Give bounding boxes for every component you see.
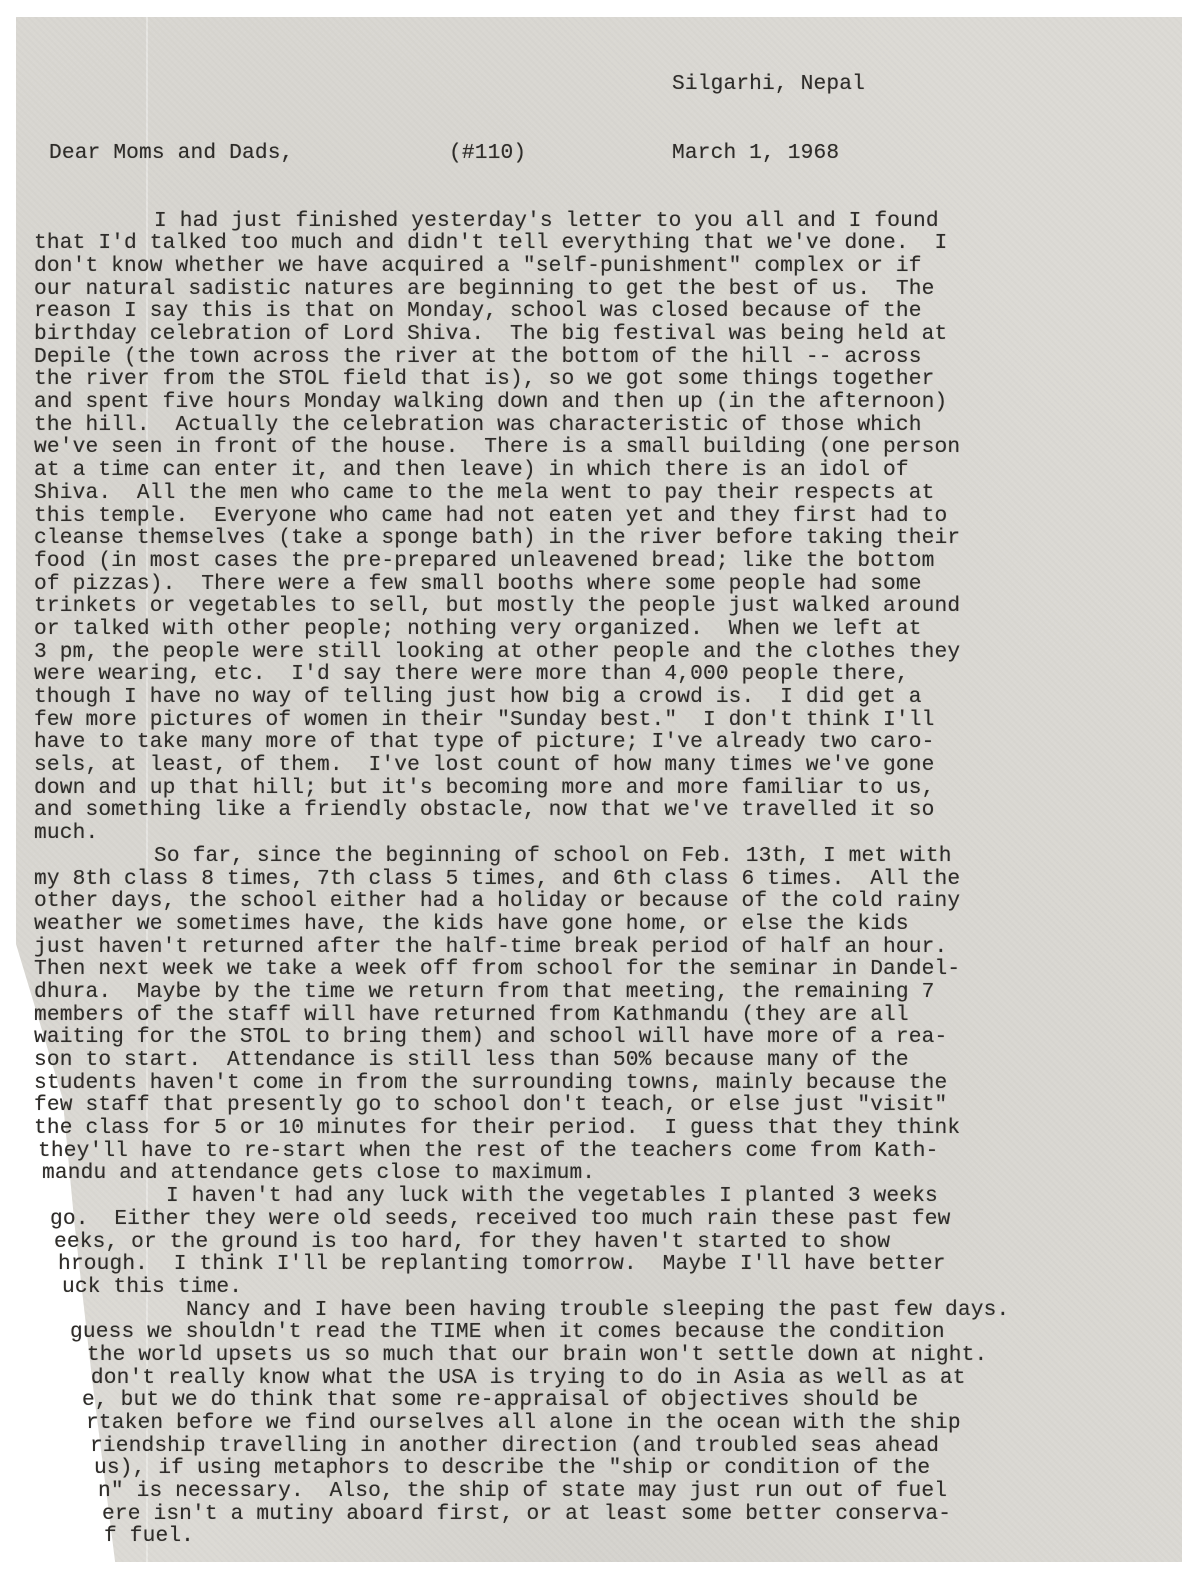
letter-location: Silgarhi, Nepal xyxy=(34,73,1009,96)
letter-line: Shiva. All the men who came to the mela … xyxy=(34,482,1009,505)
letter-header-row: Dear Moms and Dads,(#110)March 1, 1968 xyxy=(34,142,1009,165)
letter-line: they'll have to re-start when the rest o… xyxy=(34,1140,1009,1163)
letter-line: few staff that presently go to school do… xyxy=(34,1094,1009,1117)
letter-line: weather we sometimes have, the kids have… xyxy=(34,913,1009,936)
letter-body: Silgarhi, Nepal Dear Moms and Dads,(#110… xyxy=(34,28,1009,1571)
letter-line: I haven't had any luck with the vegetabl… xyxy=(34,1185,1009,1208)
letter-line: our natural sadistic natures are beginni… xyxy=(34,278,1009,301)
letter-line: my 8th class 8 times, 7th class 5 times,… xyxy=(34,868,1009,891)
letter-line: go. Either they were old seeds, received… xyxy=(34,1208,1009,1231)
letter-line: the river from the STOL field that is), … xyxy=(34,368,1009,391)
letter-line: riendship travelling in another directio… xyxy=(34,1435,1009,1458)
letter-line: hrough. I think I'll be replanting tomor… xyxy=(34,1253,1009,1276)
letter-line: the world upsets us so much that our bra… xyxy=(34,1344,1009,1367)
letter-line: waiting for the STOL to bring them) and … xyxy=(34,1026,1009,1049)
letter-line: few more pictures of women in their "Sun… xyxy=(34,709,1009,732)
letter-line: eeks, or the ground is too hard, for the… xyxy=(34,1231,1009,1254)
letter-line: birthday celebration of Lord Shiva. The … xyxy=(34,323,1009,346)
letter-line: I had just finished yesterday's letter t… xyxy=(34,210,1009,233)
letter-line: that I'd talked too much and didn't tell… xyxy=(34,232,1009,255)
letter-line: e, but we do think that some re-appraisa… xyxy=(34,1389,1009,1412)
letter-line: dhura. Maybe by the time we return from … xyxy=(34,981,1009,1004)
letter-text-lines: I had just finished yesterday's letter t… xyxy=(34,210,1009,1549)
letter-line: though I have no way of telling just how… xyxy=(34,686,1009,709)
letter-line: the hill. Actually the celebration was c… xyxy=(34,414,1009,437)
letter-line: uck this time. xyxy=(34,1276,1009,1299)
letter-line: at a time can enter it, and then leave) … xyxy=(34,459,1009,482)
letter-line: ere isn't a mutiny aboard first, or at l… xyxy=(34,1503,1009,1526)
letter-line: down and up that hill; but it's becoming… xyxy=(34,777,1009,800)
letter-line: have to take many more of that type of p… xyxy=(34,731,1009,754)
letter-line: food (in most cases the pre-prepared unl… xyxy=(34,550,1009,573)
letter-line: trinkets or vegetables to sell, but most… xyxy=(34,595,1009,618)
letter-line: f fuel. xyxy=(34,1525,1009,1548)
letter-line: don't know whether we have acquired a "s… xyxy=(34,255,1009,278)
letter-line: son to start. Attendance is still less t… xyxy=(34,1049,1009,1072)
letter-line: other days, the school either had a holi… xyxy=(34,890,1009,913)
letter-line: reason I say this is that on Monday, sch… xyxy=(34,300,1009,323)
letter-line: of pizzas). There were a few small booth… xyxy=(34,573,1009,596)
letter-line: guess we shouldn't read the TIME when it… xyxy=(34,1321,1009,1344)
letter-line: we've seen in front of the house. There … xyxy=(34,436,1009,459)
letter-line: or talked with other people; nothing ver… xyxy=(34,618,1009,641)
letter-line: rtaken before we find ourselves all alon… xyxy=(34,1412,1009,1435)
letter-line: and something like a friendly obstacle, … xyxy=(34,799,1009,822)
letter-line: students haven't come in from the surrou… xyxy=(34,1072,1009,1095)
letter-salutation: Dear Moms and Dads, xyxy=(34,142,449,165)
letter-line: members of the staff will have returned … xyxy=(34,1004,1009,1027)
letter-line: mandu and attendance gets close to maxim… xyxy=(34,1162,1009,1185)
letter-line: Then next week we take a week off from s… xyxy=(34,958,1009,981)
letter-line: n" is necessary. Also, the ship of state… xyxy=(34,1480,1009,1503)
letter-line: just haven't returned after the half-tim… xyxy=(34,936,1009,959)
letter-line: Nancy and I have been having trouble sle… xyxy=(34,1299,1009,1322)
letter-line: this temple. Everyone who came had not e… xyxy=(34,505,1009,528)
letter-line: were wearing, etc. I'd say there were mo… xyxy=(34,663,1009,686)
letter-line: us), if using metaphors to describe the … xyxy=(34,1457,1009,1480)
letter-line: cleanse themselves (take a sponge bath) … xyxy=(34,527,1009,550)
letter-line: much. xyxy=(34,822,1009,845)
letter-line: sels, at least, of them. I've lost count… xyxy=(34,754,1009,777)
letter-number: (#110) xyxy=(449,142,672,165)
letter-line: don't really know what the USA is trying… xyxy=(34,1367,1009,1390)
letter-line: Depile (the town across the river at the… xyxy=(34,346,1009,369)
letter-date: March 1, 1968 xyxy=(672,142,839,165)
letter-line: the class for 5 or 10 minutes for their … xyxy=(34,1117,1009,1140)
letter-line: and spent five hours Monday walking down… xyxy=(34,391,1009,414)
letter-line: 3 pm, the people were still looking at o… xyxy=(34,641,1009,664)
letter-line: So far, since the beginning of school on… xyxy=(34,845,1009,868)
